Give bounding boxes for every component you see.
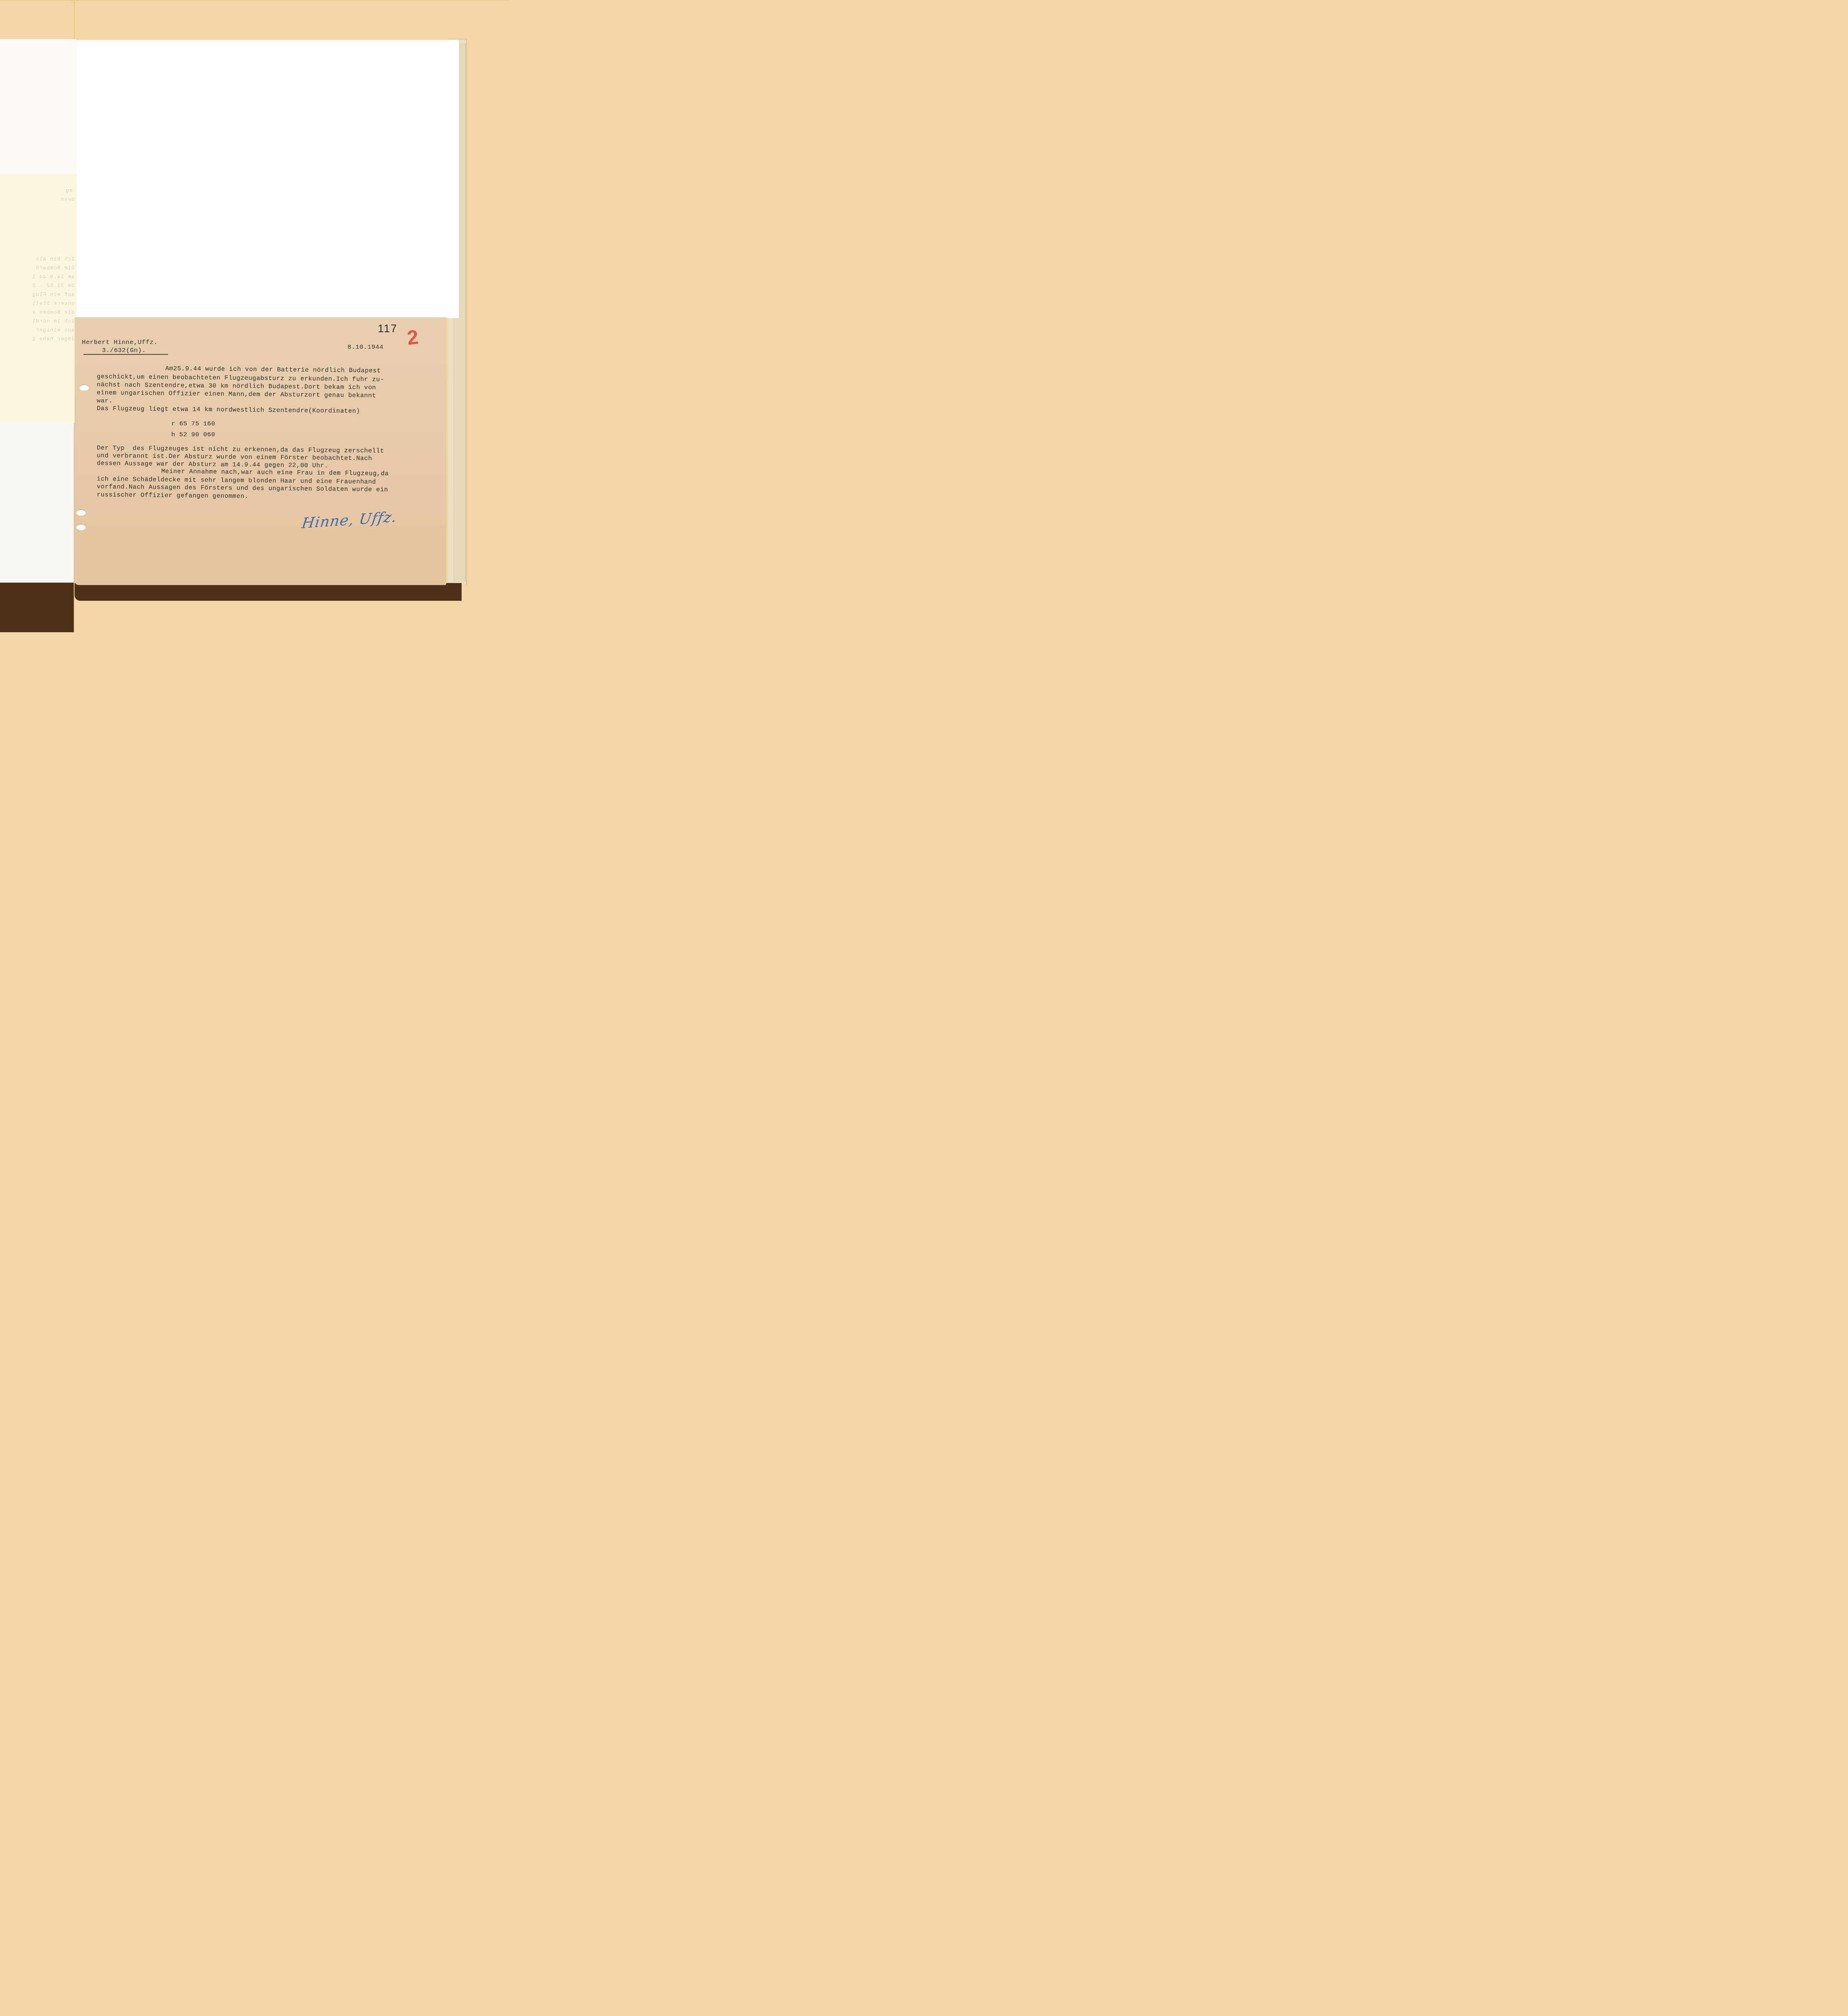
bleed-line: Jäger habe i xyxy=(32,335,75,343)
bleed-line: Um 21.52 - 2 xyxy=(32,281,75,290)
left-page-cream: ag bevn Ich bin als Die Bombard am 14.9.… xyxy=(0,174,78,423)
blank-page xyxy=(77,40,459,318)
punch-hole xyxy=(76,509,86,516)
bleed-fragment: bevn xyxy=(60,195,75,204)
bleed-line: ich im nördl xyxy=(32,317,75,325)
page-shadow-bottom xyxy=(75,583,462,601)
page-shadow-left xyxy=(0,583,74,632)
coordinate-r: r 65 75 160 xyxy=(171,420,215,427)
punch-hole xyxy=(79,384,89,391)
bleed-line: unsere Stell xyxy=(32,299,75,308)
bleed-line: auf ein Flug xyxy=(32,290,75,299)
bleed-line: aus einiger xyxy=(35,326,75,334)
bleed-line: die Bomben e xyxy=(32,308,75,317)
page-number: 117 xyxy=(378,323,397,335)
left-page-white-top xyxy=(0,39,78,176)
punch-hole xyxy=(76,524,86,530)
bleed-line: am 14.9.44 l xyxy=(32,273,75,281)
author-name: Herbert Hinne,Uffz. xyxy=(82,339,158,346)
bleed-line: Die Bombard xyxy=(35,264,75,272)
left-page-white-bottom xyxy=(0,423,74,584)
report-date: 8.10.1944 xyxy=(348,344,383,351)
bleed-fragment: ag xyxy=(65,186,73,195)
coordinate-h: h 52 90 060 xyxy=(171,431,215,438)
folder-seam xyxy=(0,0,510,1)
bleed-line: Ich bin als xyxy=(35,255,75,263)
header-underline xyxy=(83,354,168,355)
red-pencil-annotation: 2 xyxy=(406,325,420,350)
author-unit: 3./632(Gn). xyxy=(102,347,146,354)
body-line: war. xyxy=(97,397,113,404)
